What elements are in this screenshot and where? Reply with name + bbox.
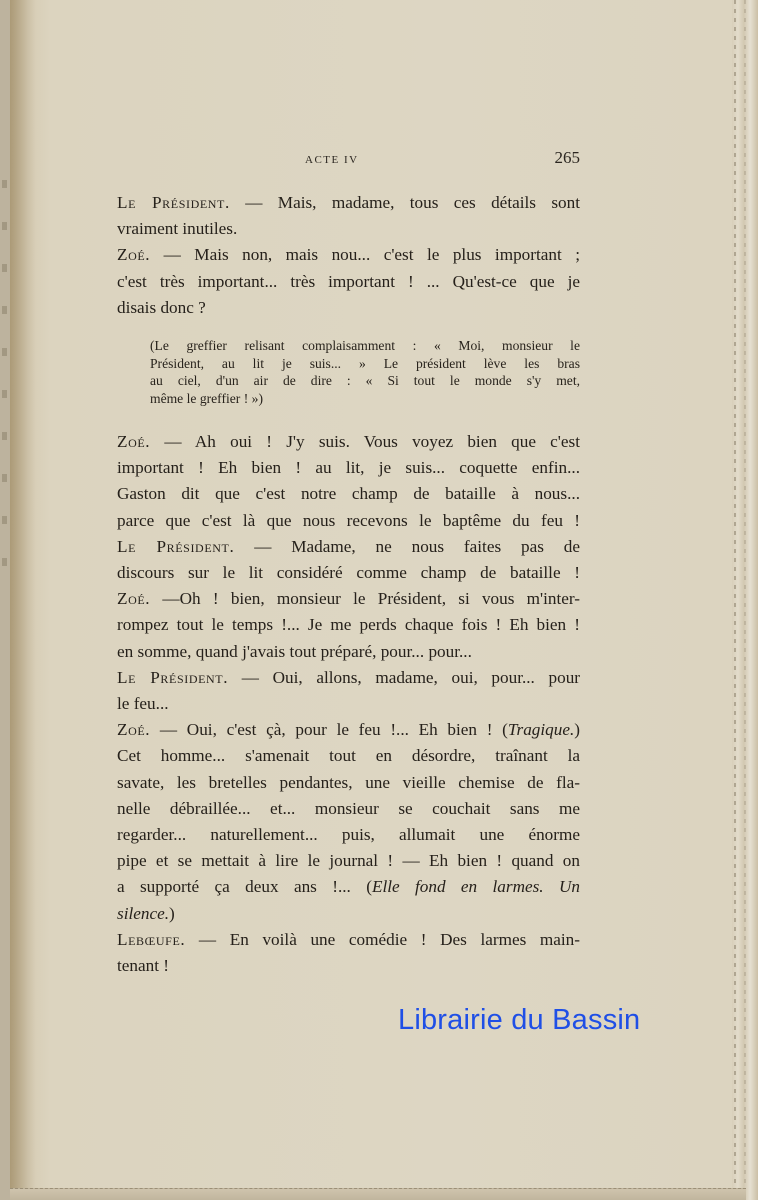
text-line: Zoé. — Ah oui ! J'y suis. Vous voyez bie… [90,429,580,455]
text-line: Le Président. — Madame, ne nous faites p… [90,534,580,560]
text-line: Le Président. — Oui, allons, madame, oui… [90,665,580,691]
speaker-name: Le Président. [117,193,230,212]
bookseller-watermark: Librairie du Bassin [398,1004,640,1037]
text-line: vraiment inutiles. [90,216,580,242]
speaker-name: Le Président. [117,668,228,687]
text-line: Cet homme... s'amenait tout en désordre,… [90,743,580,769]
text-line: regarder... naturellement... puis, allum… [90,822,580,848]
speaker-name: Zoé. [117,245,150,264]
speech-leboeufe-1: Lebœufe. — En voilà une comédie ! Des la… [90,927,580,979]
deckle-edge-line [734,0,736,1192]
text-line: Zoé. — Mais non, mais nou... c'est le pl… [90,242,580,268]
text-line: Président, au lit je suis... » Le présid… [162,355,580,373]
text-line: disais donc ? [90,295,580,321]
speech-le-president-3: Le Président. — Oui, allons, madame, oui… [90,665,580,717]
speech-zoe-2: Zoé. — Ah oui ! J'y suis. Vous voyez bie… [90,429,580,534]
speech-zoe-1: Zoé. — Mais non, mais nou... c'est le pl… [90,242,580,321]
text-line: Zoé. —Oh ! bien, monsieur le Président, … [90,586,580,612]
text-line: discours sur le lit considéré comme cham… [90,560,580,586]
deckle-edge-line [744,0,746,1192]
act-heading: ACTE IV [305,154,359,166]
stage-note-italic: silence. [117,904,169,923]
text-line: tenant ! [90,953,580,979]
page-number: 265 [555,148,581,168]
speaker-name: Zoé. [117,589,150,608]
text-line: c'est très important... très important !… [90,269,580,295]
text-line: savate, les bretelles pendantes, une vie… [90,770,580,796]
text-line: Lebœufe. — En voilà une comédie ! Des la… [90,927,580,953]
running-head: ACTE IV 265 [90,148,580,172]
speaker-name: Lebœufe. [117,930,185,949]
speech-le-president-2: Le Président. — Madame, ne nous faites p… [90,534,580,586]
page-edges-right [732,0,758,1200]
speech-zoe-3: Zoé. —Oh ! bien, monsieur le Président, … [90,586,580,665]
text-line: important ! Eh bien ! au lit, je suis...… [90,455,580,481]
stage-note-italic: Tragique. [508,720,574,739]
text-line: pipe et se mettait à lire le journal ! —… [90,848,580,874]
speaker-name: Zoé. [117,720,150,739]
text-line: même le greffier ! ») [162,390,580,408]
text-line: a supporté ça deux ans !... (Elle fond e… [90,874,580,900]
text-line: silence.) [90,901,580,927]
play-text: Le Président. — Mais, madame, tous ces d… [90,190,580,979]
speaker-name: Le Président. [117,537,234,556]
stage-direction: (Le greffier relisant complaisamment : «… [150,337,580,407]
gutter-shadow [10,0,36,1200]
text-line: Le Président. — Mais, madame, tous ces d… [90,190,580,216]
text-line: parce que c'est là que nous recevons le … [90,508,580,534]
text-line: Zoé. — Oui, c'est çà, pour le feu !... E… [90,717,580,743]
text-line: en somme, quand j'avais tout préparé, po… [90,639,580,665]
text-line: au ciel, d'un air de dire : « Si tout le… [162,372,580,390]
speech-le-president-1: Le Président. — Mais, madame, tous ces d… [90,190,580,242]
text-line: rompez tout le temps !... Je me perds ch… [90,612,580,638]
speaker-name: Zoé. [117,432,150,451]
text-line: nelle débraillée... et... monsieur se co… [90,796,580,822]
page-edge-bottom [10,1188,746,1200]
speech-zoe-4: Zoé. — Oui, c'est çà, pour le feu !... E… [90,717,580,927]
stage-note-italic: Elle fond en larmes. Un [372,877,580,896]
text-line: (Le greffier relisant complaisamment : «… [162,337,580,355]
facing-page-text-fragments [0,180,10,600]
text-line: le feu... [90,691,580,717]
text-line: Gaston dit que c'est notre champ de bata… [90,481,580,507]
